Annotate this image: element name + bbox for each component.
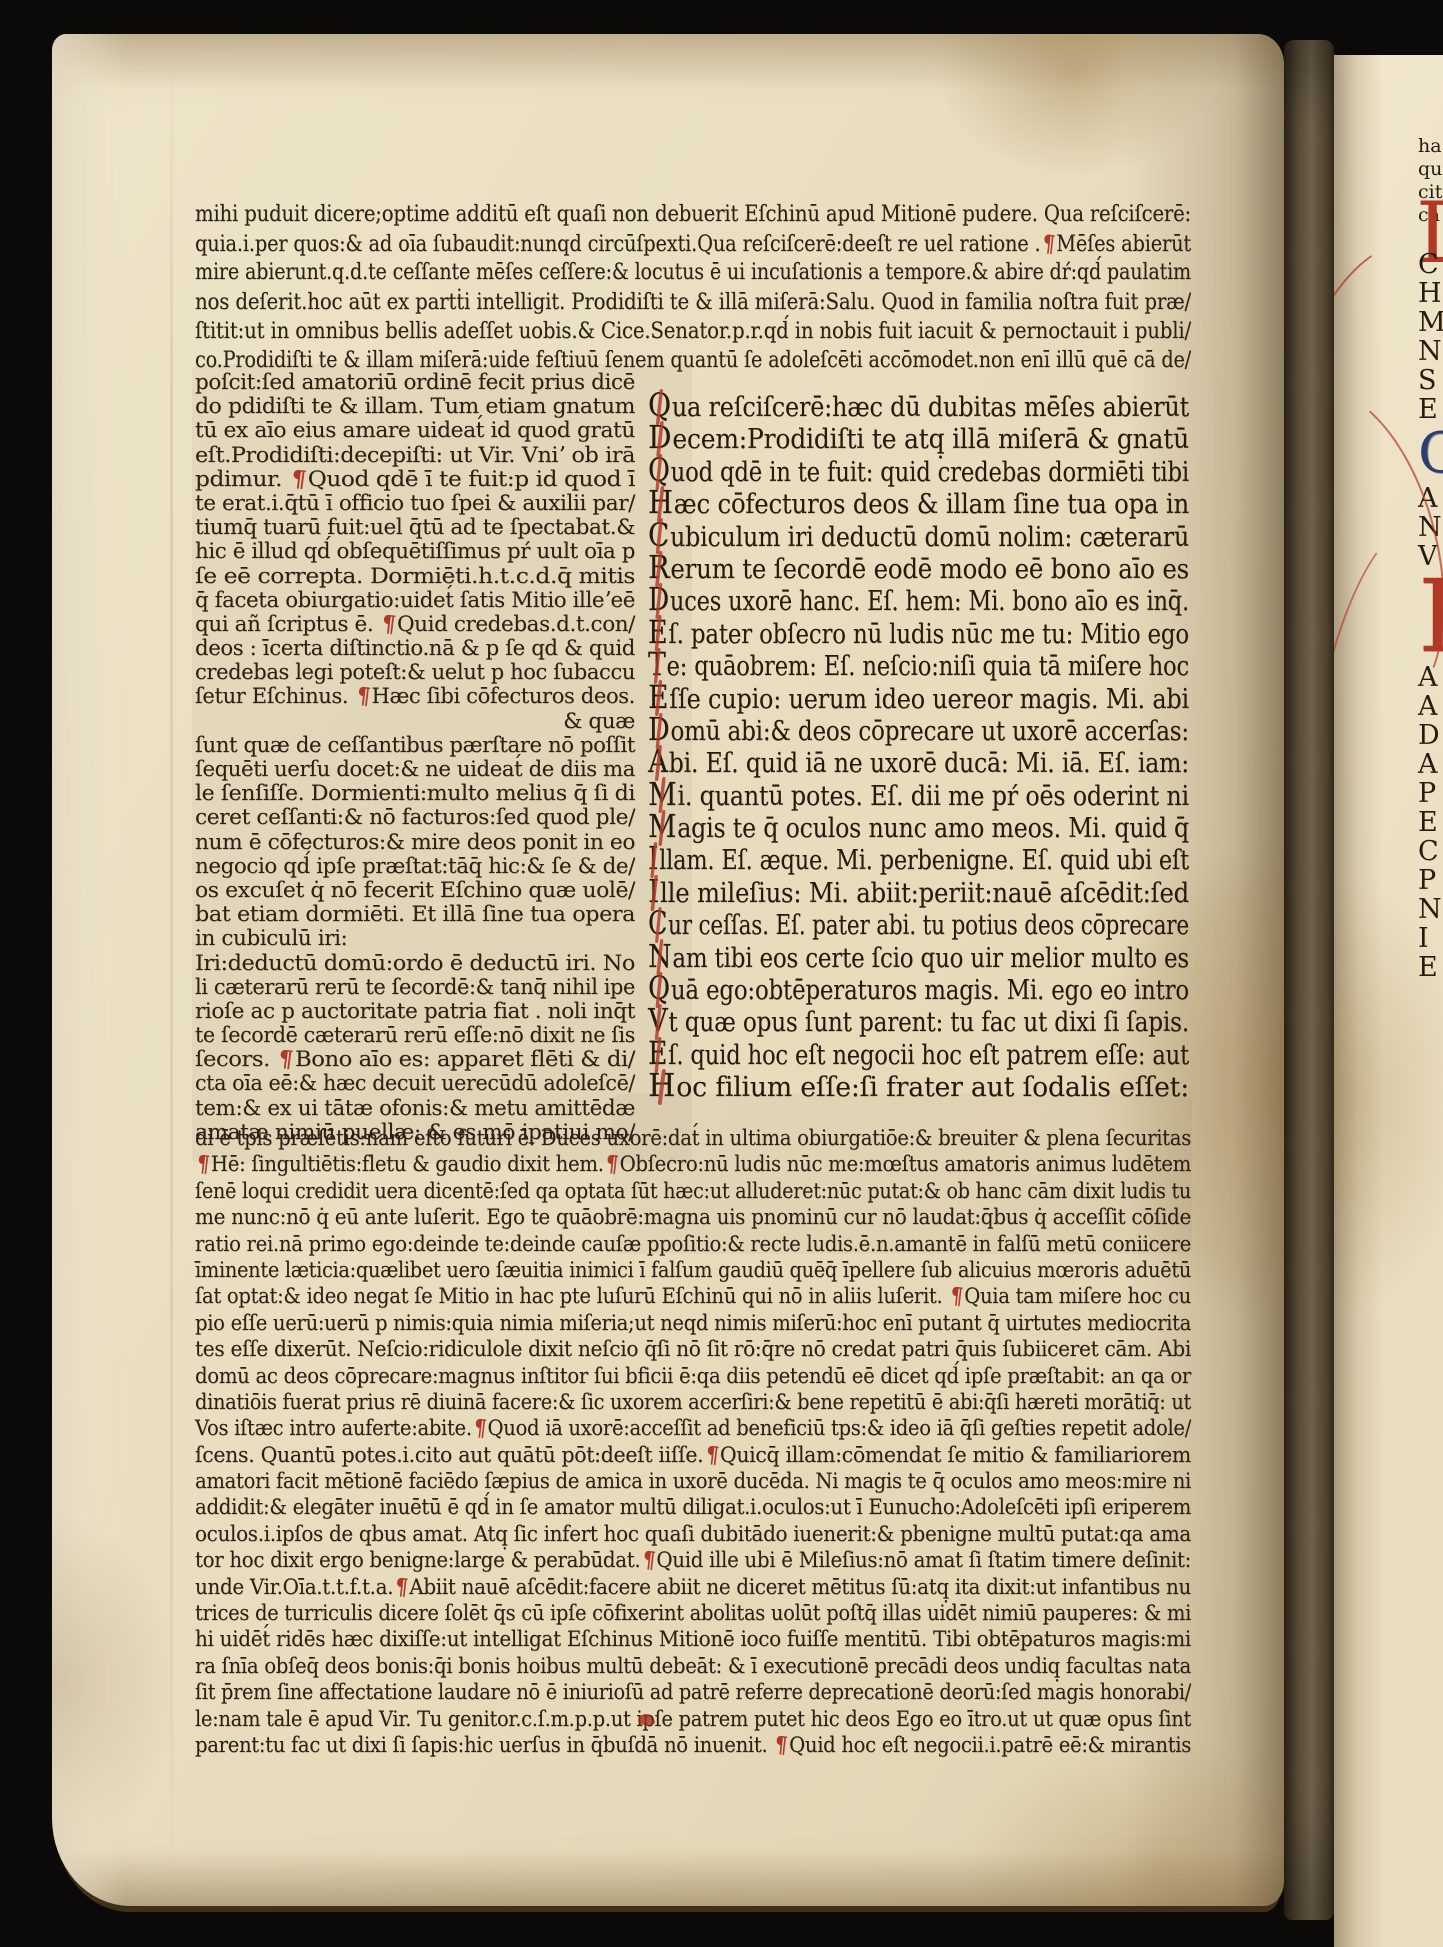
commentary-line: mihi puduit dicere;optime additū eſt qua… <box>195 202 1191 231</box>
commentary-line: ſunt quæ de ceſſantibus pærſtare nō poſſ… <box>195 733 635 757</box>
rubricated-initial: A <box>648 746 668 778</box>
commentary-line: ratio rei.nā primo ego:deinde te:deinde … <box>195 1232 1191 1258</box>
facing-page-letter: N <box>1418 513 1443 542</box>
commentary-line: q̄ faceta obiurgatio:uidet́ ſatis Mitio … <box>195 588 635 612</box>
facing-page-letter: E <box>1418 395 1443 424</box>
verse-line: Hæc cōfecturos deos & illam ſine tua opa… <box>648 487 1189 519</box>
commentary-line: credebas legi poteſt:& uelut p hoc ſubac… <box>195 660 635 684</box>
pilcrow-mark: ¶ <box>392 1573 411 1601</box>
verse-line: Domū abi:& deos cōprecare ut uxorē accer… <box>648 714 1189 746</box>
facing-page-edge: haqucitca L CHMNSECANVIAADAPECPNIE <box>1334 55 1443 1947</box>
commentary-line: tū ex aīo eius amare uideat́ id quod gra… <box>195 418 635 442</box>
rubricated-initial: I <box>648 876 659 908</box>
commentary-line: di ē tpis præſētis:nam eſto futuri ē. Du… <box>195 1126 1191 1152</box>
facing-page-letter: H <box>1418 279 1443 308</box>
verse-line: Cubiculum iri deductū domū nolim: cætera… <box>648 520 1189 552</box>
facing-page-letter: A <box>1418 750 1443 779</box>
commentary-line: quia.i.per quos:& ad oīa ſubaudit:nunqd … <box>195 231 1191 260</box>
top-commentary-block: mihi puduit dicere;optime additū eſt qua… <box>195 202 1191 377</box>
commentary-line: Iri:deductū domū:ordo ē deductū iri. No <box>195 951 635 975</box>
commentary-line: qui añ ſcriptus ē. ¶Quid credebas.d.t.co… <box>195 612 635 636</box>
verse-text-column: Qua reſciſcerē:hæc dū dubitas mēſes abie… <box>648 390 1189 1103</box>
verse-line: Abi. Eſ. quid iā ne uxorē ducā: Mi. iā. … <box>648 746 1189 778</box>
facing-page-letter: I <box>1418 924 1443 953</box>
commentary-line: me nunc:nō q̇ eū ante luſerit. Ego te qu… <box>195 1205 1191 1231</box>
commentary-line: poſcit:ſed amatoriū ordinē fecit prius d… <box>195 370 635 394</box>
rubricated-initial: Q <box>648 455 670 487</box>
commentary-line: eſt.Prodidiſti:decepiſti: ut Vir. Vniʼ o… <box>195 443 635 467</box>
pilcrow-mark: ¶ <box>639 1547 658 1575</box>
facing-page-letter: P <box>1418 866 1443 895</box>
verse-line: Nam tibi eos certe ſcio quo uir melior m… <box>648 941 1189 973</box>
verse-line: Decem:Prodidiſti te atq̣ illā miſerā & g… <box>648 422 1189 454</box>
commentary-line: unde Vir.Oīa.t.t.f.t.a.¶Abiit nauē aſcēd… <box>195 1575 1191 1601</box>
commentary-line: ¶Hē: ſingultiētis:fletu & gaudio dixit h… <box>195 1152 1191 1178</box>
commentary-line: deos : īcerta diſtinctio.nā & p ſe qd & … <box>195 636 635 660</box>
rubricated-initial: T <box>648 649 666 681</box>
verse-line: Cur ceſſas. Eſ. pater abi. tu potius deo… <box>648 908 1189 940</box>
facing-page-letter: P <box>1418 779 1443 808</box>
facing-page-letter: N <box>1418 895 1443 924</box>
commentary-line: tor hoc dixit ergo benigne:large & perab… <box>195 1548 1191 1574</box>
commentary-line: addidit:& elegāter inuētū ē qd́ in ſe am… <box>195 1495 1191 1521</box>
bottom-commentary-block: di ē tpis præſētis:nam eſto futuri ē. Du… <box>195 1126 1191 1759</box>
commentary-line: trices de turriculis dicere ſolēt q̄s cū… <box>195 1601 1191 1627</box>
verse-line: Ille mileſius: Mi. abiit:periit:nauē aſc… <box>648 876 1189 908</box>
commentary-line: dinatiōis fuerat prius rē diuinā facere:… <box>195 1390 1191 1416</box>
rubricated-initial: D <box>648 584 669 616</box>
pilcrow-mark: ¶ <box>602 1151 621 1179</box>
commentary-line: ſenē loqui credidit uera dicentē:ſed qa … <box>195 1179 1191 1205</box>
verse-line: Rerum te ſecordē eodē modo eē bono aīo e… <box>648 552 1189 584</box>
facing-page-letter: M <box>1418 308 1443 337</box>
facing-page-letter: E <box>1418 808 1443 837</box>
binding-spine-vellum <box>1284 40 1334 1920</box>
rubricated-initial: R <box>648 552 670 584</box>
text-fragment: qu <box>1418 158 1442 181</box>
verse-line: Quā ego:obtēperaturos magis. Mi. ego eo … <box>648 973 1189 1005</box>
commentary-line: in cubiculū iri: <box>195 926 635 950</box>
verse-line: Mi. quantū potes. Eſ. dii me pŕ oēs oder… <box>648 779 1189 811</box>
commentary-line: nos deſerit.hoc aūt ex partṫi intelligit… <box>195 290 1191 319</box>
commentary-line: ra ſnīa obſeq̄ deos bonis:q̄i bonis hoib… <box>195 1654 1191 1680</box>
pilcrow-mark: ¶ <box>470 1415 489 1443</box>
commentary-line: ſtitit:ut in omnibus bellis adeſſet uobi… <box>195 319 1191 348</box>
verse-line: Te: quāobrem: Eſ. neſcio:niſi quia tā mi… <box>648 649 1189 681</box>
verse-line: Magis te q̄ oculos nunc amo meos. Mi. qu… <box>648 811 1189 843</box>
commentary-line: pio eſſe uerū:uerū p nimis:quia nimia mi… <box>195 1311 1191 1337</box>
pilcrow-mark: ¶ <box>702 1441 721 1469</box>
commentary-line: Vos iſtæc intro auferte:abite.¶Quod iā u… <box>195 1416 1191 1442</box>
rubricated-initial: Q <box>648 973 670 1005</box>
facing-page-letter: C <box>1418 250 1443 279</box>
commentary-line: domū ac deos cōprecare:magnus inſtitor ſ… <box>195 1364 1191 1390</box>
commentary-line: īminente læticia:quælibet uero ſæuitia i… <box>195 1258 1191 1284</box>
verse-line: Illam. Eſ. æque. Mi. perbenigne. Eſ. qui… <box>648 843 1189 875</box>
pilcrow-mark: ¶ <box>947 1283 966 1311</box>
commentary-line: ſequēti uerſu docet:& ne uideat́ de diis… <box>195 757 635 781</box>
commentary-line: rioſe ac p auctoritate patria fiat . nol… <box>195 999 635 1023</box>
commentary-line: pdimur. ¶Quod qdē ī te fuit:p id quod ī <box>195 467 635 491</box>
facing-page-letter: C <box>1418 424 1443 484</box>
commentary-line: te ſecordē cæterarū rerū eſſe:nō dixit n… <box>195 1023 635 1047</box>
left-commentary-column: poſcit:ſed amatoriū ordinē fecit prius d… <box>195 370 635 1144</box>
commentary-line: ceret ceſſanti:& nō facturos:ſed quod pl… <box>195 805 635 829</box>
facing-page-letter: D <box>1418 721 1443 750</box>
commentary-line: tem:& ex ui tātæ ofonis:& metu amittēdæ <box>195 1096 635 1120</box>
commentary-line: parent:tu fac ut dixi ſi ſapis:hic uerſu… <box>195 1733 1191 1759</box>
facing-page-letter-column: CHMNSECANVIAADAPECPNIE <box>1418 250 1443 982</box>
verse-line: Duces uxorē hanc. Eſ. hem: Mi. bono aīo … <box>648 584 1189 616</box>
commentary-line: ſe eē correpta. Dormiēti.h.t.c.d.q̄ miti… <box>195 564 635 588</box>
facing-page-letter: N <box>1418 337 1443 366</box>
rubricated-initial: V <box>648 1005 668 1037</box>
commentary-line: bat etiam dormiēti. Et illā ſine tua ope… <box>195 902 635 926</box>
commentary-line: oculos.i.ipſos de qbus amat. Atq̣ ſic in… <box>195 1522 1191 1548</box>
rubricated-initial: D <box>648 714 670 746</box>
pilcrow-mark: ¶ <box>1039 230 1057 259</box>
rubricated-initial: I <box>648 843 658 875</box>
facing-page-letter: A <box>1418 484 1443 513</box>
commentary-line: ſit p̄rem ſine affectatione laudare nō ē… <box>195 1680 1191 1706</box>
verse-line: Hoc filium eſſe:ſi frater aut ſodalis eſ… <box>648 1070 1189 1102</box>
commentary-line: cta oīa eē:& hæc decuit uerecūdū adoleſc… <box>195 1071 635 1095</box>
commentary-line: hic ē illud qd́ obſequētiſſimus pŕ uult … <box>195 539 635 563</box>
commentary-line: os excuſet q̇ nō fecerit Eſchino quæ uol… <box>195 878 635 902</box>
rubricated-initial: C <box>648 520 669 552</box>
pilcrow-mark: ¶ <box>275 1046 296 1074</box>
pilcrow-mark: ¶ <box>353 683 373 711</box>
rubricated-initial: E <box>648 682 668 714</box>
pilcrow-mark: ¶ <box>287 465 309 493</box>
verse-line: Qua reſciſcerē:hæc dū dubitas mēſes abie… <box>648 390 1189 422</box>
rubricated-initial: H <box>648 487 673 519</box>
commentary-line: mire abierunt.q.d.te ceſſante mēſes ceſſ… <box>195 260 1191 289</box>
verse-line: Eſ. quid hoc eſt negocii hoc eſt patrem … <box>648 1038 1189 1070</box>
commentary-line: tes eſſe dixerūt. Neſcio:ridiculole dixi… <box>195 1337 1191 1363</box>
verse-line: Vt quæ opus ſunt parent: tu fac ut dixi … <box>648 1005 1189 1037</box>
verse-line: Eſ. pater obſecro nū ludis nūc me tu: Mi… <box>648 617 1189 649</box>
rubricated-initial: E <box>648 617 668 649</box>
rubricated-initial: D <box>648 422 671 454</box>
facing-page-letter: S <box>1418 366 1443 395</box>
incunable-book-photo: mihi puduit dicere;optime additū eſt qua… <box>0 0 1443 1947</box>
commentary-line: te erat.i.q̄tū ī officio tuo ſpei & auxi… <box>195 491 635 515</box>
commentary-line: li cæterarū rerū te ſecordē:& tanq̄ nihi… <box>195 975 635 999</box>
commentary-line: ſecors. ¶Bono aīo es: apparet flēti & di… <box>195 1047 635 1071</box>
commentary-line: le:nam tale ē apud Vir. Tu genitor.c.ſ.m… <box>195 1707 1191 1733</box>
facing-page-letter: A <box>1418 692 1443 721</box>
commentary-line: do pdidiſti te & illam. Tum etiam gnatum <box>195 394 635 418</box>
facing-page-letter: E <box>1418 953 1443 982</box>
main-page: mihi puduit dicere;optime additū eſt qua… <box>52 34 1284 1906</box>
facing-page-letter: C <box>1418 837 1443 866</box>
text-fragment: ha <box>1418 135 1442 158</box>
rubricated-initial: C <box>648 908 667 940</box>
rubricated-initial: H <box>648 1070 675 1102</box>
commentary-line: amatori facit mētionē faciēdo ſæpius de … <box>195 1469 1191 1495</box>
pilcrow-mark: ¶ <box>378 610 398 638</box>
verse-line: Eſſe cupio: uerum ideo uereor magis. Mi.… <box>648 682 1189 714</box>
rubricated-initial: Q <box>648 390 671 422</box>
page-fold-line <box>170 34 173 1906</box>
commentary-line: num ē cōfecturos:& mire deos ponit in eo <box>195 830 635 854</box>
commentary-line: negocio qd́ ipſe præſtat:tāq̄ hic:& ſe &… <box>195 854 635 878</box>
commentary-line: ſat optat:& ideo negat ſe Mitio in hac p… <box>195 1284 1191 1310</box>
rubricated-initial: E <box>648 1038 667 1070</box>
commentary-line: ſetur Eſchinus. ¶Hæc ſibi cōfecturos deo… <box>195 684 635 708</box>
pilcrow-mark: ¶ <box>772 1731 791 1759</box>
commentary-line: hi uidēt́ ridēs hæc dixiſſe:ut intelliga… <box>195 1627 1191 1653</box>
facing-page-letter: I <box>1418 571 1443 663</box>
pilcrow-mark: ¶ <box>194 1151 213 1179</box>
commentary-line: & quæ <box>195 709 635 733</box>
verse-line: Quod qdē in te fuit: quid credebas dormi… <box>648 455 1189 487</box>
rubricated-initial: M <box>648 811 676 843</box>
commentary-line: le ſenſiſſe. Dormienti:multo melius q̄ ſ… <box>195 781 635 805</box>
rubricated-initial: M <box>648 779 677 811</box>
commentary-line: ſcens. Quantū potes.i.cito aut quātū pōt… <box>195 1443 1191 1469</box>
commentary-line: tiumq̄ tuarū fuit:uel q̄tū ad te ſpectab… <box>195 515 635 539</box>
rubricated-initial: N <box>648 941 672 973</box>
